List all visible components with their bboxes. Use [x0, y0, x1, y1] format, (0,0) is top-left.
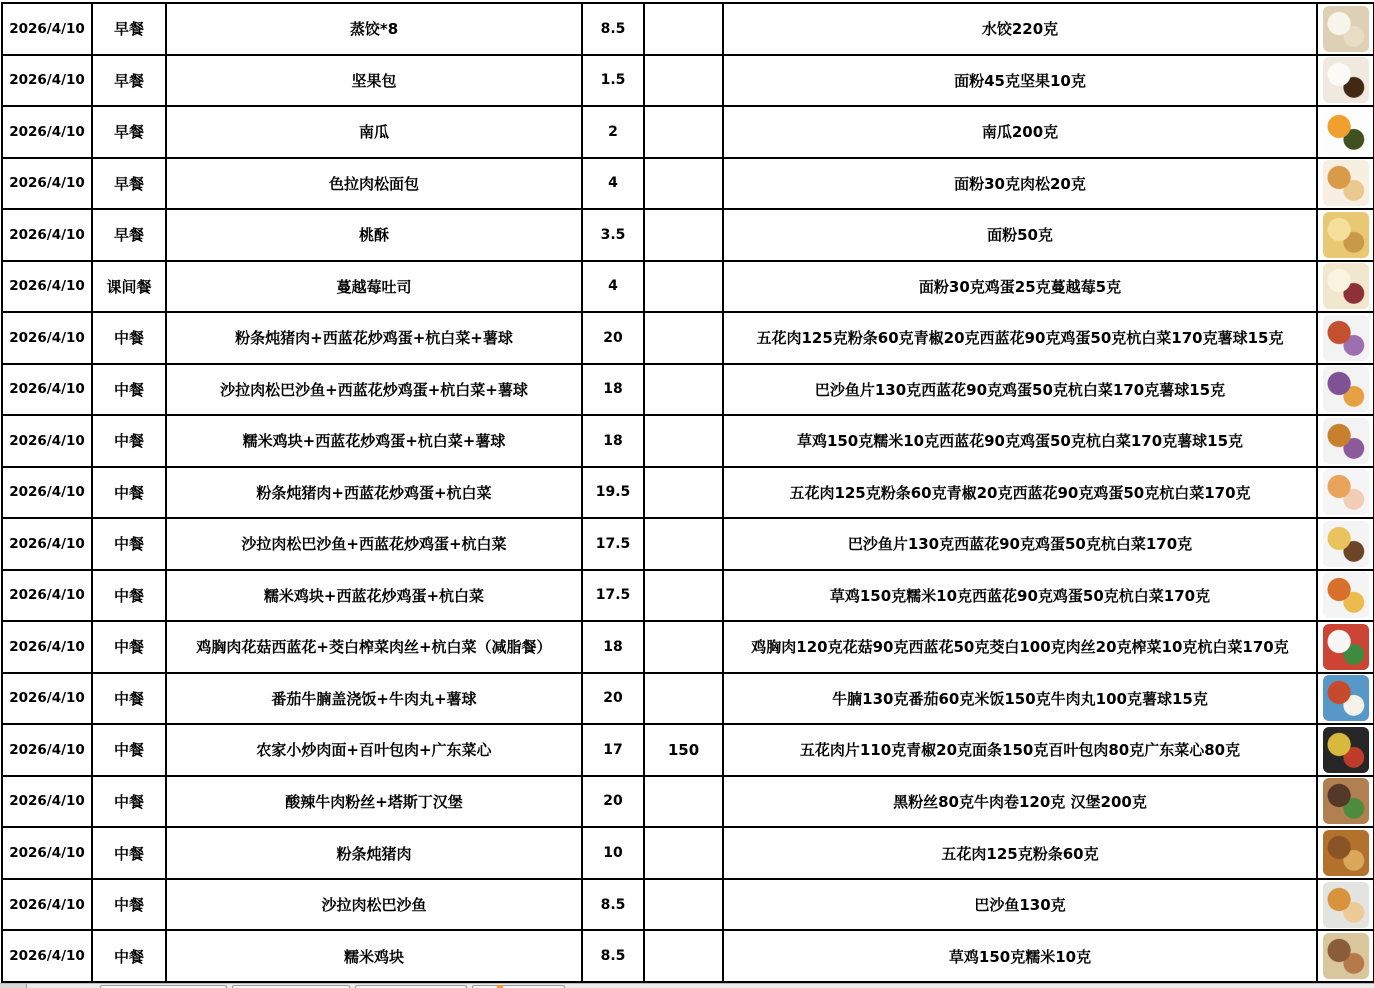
price-cell[interactable]: 17.5 — [582, 518, 644, 570]
table-row: 2026/4/10 中餐 粉条炖猪肉 10 五花肉125克粉条60克 — [2, 827, 1374, 879]
ingredients-cell[interactable]: 面粉30克肉松20克 — [723, 158, 1317, 210]
meal-type-cell[interactable]: 中餐 — [92, 312, 166, 364]
dish-name-cell[interactable]: 南瓜 — [166, 106, 582, 158]
dish-name-cell[interactable]: 粉条炖猪肉+西蓝花炒鸡蛋+杭白菜 — [166, 467, 582, 519]
dish-name-cell[interactable]: 番茄牛腩盖浇饭+牛肉丸+薯球 — [166, 673, 582, 725]
price-cell[interactable]: 20 — [582, 673, 644, 725]
cranberry-toast-photo — [1323, 263, 1369, 309]
photo-cell[interactable] — [1317, 570, 1374, 622]
dish-name-cell[interactable]: 沙拉肉松巴沙鱼+西蓝花炒鸡蛋+杭白菜+薯球 — [166, 364, 582, 416]
sheet-tab-bar[interactable] — [0, 983, 1374, 988]
ingredients-cell[interactable]: 鸡胸肉120克花菇90克西蓝花50克茭白100克肉丝20克榨菜10克杭白菜170… — [723, 621, 1317, 673]
price-cell[interactable]: 19.5 — [582, 467, 644, 519]
photo-cell[interactable] — [1317, 724, 1374, 776]
price-cell[interactable]: 18 — [582, 415, 644, 467]
date-cell[interactable]: 2026/4/10 — [2, 364, 92, 416]
photo-cell[interactable] — [1317, 158, 1374, 210]
meal-type-cell[interactable]: 中餐 — [92, 621, 166, 673]
table-row: 2026/4/10 中餐 酸辣牛肉粉丝+塔斯丁汉堡 20 黑粉丝80克牛肉卷12… — [2, 776, 1374, 828]
ingredients-cell[interactable]: 南瓜200克 — [723, 106, 1317, 158]
ingredients-cell[interactable]: 水饺220克 — [723, 3, 1317, 55]
note-cell[interactable] — [644, 673, 723, 725]
price-cell[interactable]: 1.5 — [582, 55, 644, 107]
note-cell[interactable] — [644, 879, 723, 931]
price-cell[interactable]: 2 — [582, 106, 644, 158]
note-cell[interactable] — [644, 518, 723, 570]
table-row: 2026/4/10 中餐 糯米鸡块+西蓝花炒鸡蛋+杭白菜 17.5 草鸡150克… — [2, 570, 1374, 622]
note-cell[interactable] — [644, 776, 723, 828]
table-row: 2026/4/10 中餐 粉条炖猪肉+西蓝花炒鸡蛋+杭白菜 19.5 五花肉12… — [2, 467, 1374, 519]
photo-cell[interactable] — [1317, 3, 1374, 55]
photo-cell[interactable] — [1317, 209, 1374, 261]
table-row: 2026/4/10 中餐 农家小炒肉面+百叶包肉+广东菜心 17 150 五花肉… — [2, 724, 1374, 776]
table-row: 2026/4/10 早餐 桃酥 3.5 面粉50克 — [2, 209, 1374, 261]
note-cell[interactable] — [644, 55, 723, 107]
ingredients-cell[interactable]: 巴沙鱼片130克西蓝花90克鸡蛋50克杭白菜170克 — [723, 518, 1317, 570]
sticky-rice-chicken-photo — [1323, 933, 1369, 979]
meal-type-cell[interactable]: 中餐 — [92, 415, 166, 467]
photo-cell[interactable] — [1317, 827, 1374, 879]
date-cell[interactable]: 2026/4/10 — [2, 879, 92, 931]
note-cell[interactable] — [644, 364, 723, 416]
table-row: 2026/4/10 中餐 沙拉肉松巴沙鱼+西蓝花炒鸡蛋+杭白菜 17.5 巴沙鱼… — [2, 518, 1374, 570]
dish-name-cell[interactable]: 沙拉肉松巴沙鱼+西蓝花炒鸡蛋+杭白菜 — [166, 518, 582, 570]
dish-name-cell[interactable]: 酸辣牛肉粉丝+塔斯丁汉堡 — [166, 776, 582, 828]
nut-bun-photo — [1323, 57, 1369, 103]
chicken-combo-plate-photo — [1323, 418, 1369, 464]
meal-type-cell[interactable]: 中餐 — [92, 364, 166, 416]
dish-name-cell[interactable]: 糯米鸡块+西蓝花炒鸡蛋+杭白菜+薯球 — [166, 415, 582, 467]
meal-type-cell[interactable]: 早餐 — [92, 209, 166, 261]
dish-name-cell[interactable]: 桃酥 — [166, 209, 582, 261]
date-cell[interactable]: 2026/4/10 — [2, 776, 92, 828]
date-cell[interactable]: 2026/4/10 — [2, 621, 92, 673]
meal-type-cell[interactable]: 中餐 — [92, 776, 166, 828]
beef-vermicelli-bowl-photo — [1323, 778, 1369, 824]
date-cell[interactable]: 2026/4/10 — [2, 467, 92, 519]
dish-name-cell[interactable]: 粉条炖猪肉+西蓝花炒鸡蛋+杭白菜+薯球 — [166, 312, 582, 364]
ingredients-cell[interactable]: 黑粉丝80克牛肉卷120克 汉堡200克 — [723, 776, 1317, 828]
meal-menu-table: 2026/4/10 早餐 蒸饺*8 8.5 水饺220克 2026/4/10 早… — [1, 2, 1374, 983]
date-cell[interactable]: 2026/4/10 — [2, 3, 92, 55]
photo-cell[interactable] — [1317, 673, 1374, 725]
note-cell[interactable] — [644, 621, 723, 673]
photo-cell[interactable] — [1317, 518, 1374, 570]
pork-stew-bowls-photo — [1323, 469, 1369, 515]
table-row: 2026/4/10 中餐 沙拉肉松巴沙鱼 8.5 巴沙鱼130克 — [2, 879, 1374, 931]
dish-name-cell[interactable]: 鸡胸肉花菇西蓝花+茭白榨菜肉丝+杭白菜（减脂餐） — [166, 621, 582, 673]
price-cell[interactable]: 17.5 — [582, 570, 644, 622]
baked-basa-fish-photo — [1323, 882, 1369, 928]
meal-type-cell[interactable]: 中餐 — [92, 724, 166, 776]
note-cell[interactable] — [644, 158, 723, 210]
note-cell[interactable] — [644, 312, 723, 364]
note-cell[interactable] — [644, 570, 723, 622]
date-cell[interactable]: 2026/4/10 — [2, 415, 92, 467]
table-row: 2026/4/10 早餐 色拉肉松面包 4 面粉30克肉松20克 — [2, 158, 1374, 210]
ingredients-cell[interactable]: 五花肉125克粉条60克青椒20克西蓝花90克鸡蛋50克杭白菜170克 — [723, 467, 1317, 519]
date-cell[interactable]: 2026/4/10 — [2, 158, 92, 210]
meal-type-cell[interactable]: 中餐 — [92, 879, 166, 931]
price-cell[interactable]: 17 — [582, 724, 644, 776]
ingredients-cell[interactable]: 五花肉125克粉条60克 — [723, 827, 1317, 879]
table-row: 2026/4/10 早餐 南瓜 2 南瓜200克 — [2, 106, 1374, 158]
date-cell[interactable]: 2026/4/10 — [2, 209, 92, 261]
photo-cell[interactable] — [1317, 776, 1374, 828]
price-cell[interactable]: 8.5 — [582, 3, 644, 55]
table-row: 2026/4/10 早餐 坚果包 1.5 面粉45克坚果10克 — [2, 55, 1374, 107]
note-cell[interactable] — [644, 827, 723, 879]
dish-name-cell[interactable]: 坚果包 — [166, 55, 582, 107]
photo-cell[interactable] — [1317, 55, 1374, 107]
ingredients-cell[interactable]: 草鸡150克糯米10克西蓝花90克鸡蛋50克杭白菜170克 — [723, 570, 1317, 622]
price-cell[interactable]: 8.5 — [582, 879, 644, 931]
chicken-combo-bowls-photo — [1323, 572, 1369, 618]
note-cell[interactable] — [644, 3, 723, 55]
date-cell[interactable]: 2026/4/10 — [2, 518, 92, 570]
ingredients-cell[interactable]: 面粉30克鸡蛋25克蔓越莓5克 — [723, 261, 1317, 313]
ingredients-cell[interactable]: 五花肉125克粉条60克青椒20克西蓝花90克鸡蛋50克杭白菜170克薯球15克 — [723, 312, 1317, 364]
table-row: 2026/4/10 课间餐 蔓越莓吐司 4 面粉30克鸡蛋25克蔓越莓5克 — [2, 261, 1374, 313]
price-cell[interactable]: 4 — [582, 261, 644, 313]
diet-meal-tray-photo — [1323, 624, 1369, 670]
date-cell[interactable]: 2026/4/10 — [2, 312, 92, 364]
dish-name-cell[interactable]: 粉条炖猪肉 — [166, 827, 582, 879]
dish-name-cell[interactable]: 糯米鸡块+西蓝花炒鸡蛋+杭白菜 — [166, 570, 582, 622]
ingredients-cell[interactable]: 面粉50克 — [723, 209, 1317, 261]
ingredients-cell[interactable]: 面粉45克坚果10克 — [723, 55, 1317, 107]
dish-name-cell[interactable]: 农家小炒肉面+百叶包肉+广东菜心 — [166, 724, 582, 776]
price-cell[interactable]: 4 — [582, 158, 644, 210]
stir-fried-noodles-box-photo — [1323, 727, 1369, 773]
date-cell[interactable]: 2026/4/10 — [2, 673, 92, 725]
meal-type-cell[interactable]: 中餐 — [92, 827, 166, 879]
table-row: 2026/4/10 中餐 番茄牛腩盖浇饭+牛肉丸+薯球 20 牛腩130克番茄6… — [2, 673, 1374, 725]
meal-type-cell[interactable]: 早餐 — [92, 3, 166, 55]
ingredients-cell[interactable]: 草鸡150克糯米10克西蓝花90克鸡蛋50克杭白菜170克薯球15克 — [723, 415, 1317, 467]
price-cell[interactable]: 8.5 — [582, 930, 644, 982]
table-row: 2026/4/10 早餐 蒸饺*8 8.5 水饺220克 — [2, 3, 1374, 55]
price-cell[interactable]: 20 — [582, 312, 644, 364]
ingredients-cell[interactable]: 巴沙鱼130克 — [723, 879, 1317, 931]
photo-cell[interactable] — [1317, 261, 1374, 313]
pork-combo-bowls-photo — [1323, 315, 1369, 361]
note-cell[interactable] — [644, 467, 723, 519]
peach-crisp-cookies-photo — [1323, 212, 1369, 258]
meal-type-cell[interactable]: 中餐 — [92, 673, 166, 725]
meal-type-cell[interactable]: 中餐 — [92, 518, 166, 570]
note-cell[interactable] — [644, 209, 723, 261]
price-cell[interactable]: 20 — [582, 776, 644, 828]
photo-cell[interactable] — [1317, 364, 1374, 416]
table-row: 2026/4/10 中餐 沙拉肉松巴沙鱼+西蓝花炒鸡蛋+杭白菜+薯球 18 巴沙… — [2, 364, 1374, 416]
dish-name-cell[interactable]: 蒸饺*8 — [166, 3, 582, 55]
meal-type-cell[interactable]: 早餐 — [92, 106, 166, 158]
meal-type-cell[interactable]: 中餐 — [92, 570, 166, 622]
price-cell[interactable]: 3.5 — [582, 209, 644, 261]
price-cell[interactable]: 10 — [582, 827, 644, 879]
dish-name-cell[interactable]: 色拉肉松面包 — [166, 158, 582, 210]
table-row: 2026/4/10 中餐 糯米鸡块+西蓝花炒鸡蛋+杭白菜+薯球 18 草鸡150… — [2, 415, 1374, 467]
meal-type-cell[interactable]: 中餐 — [92, 930, 166, 982]
note-cell[interactable] — [644, 261, 723, 313]
note-cell[interactable] — [644, 930, 723, 982]
fish-combo-bowls-photo — [1323, 521, 1369, 567]
braised-pork-vermicelli-photo — [1323, 830, 1369, 876]
ingredients-cell[interactable]: 牛腩130克番茄60克米饭150克牛肉丸100克薯球15克 — [723, 673, 1317, 725]
photo-cell[interactable] — [1317, 879, 1374, 931]
price-cell[interactable]: 18 — [582, 364, 644, 416]
table-row: 2026/4/10 中餐 糯米鸡块 8.5 草鸡150克糯米10克 — [2, 930, 1374, 982]
date-cell[interactable]: 2026/4/10 — [2, 106, 92, 158]
meal-type-cell[interactable]: 早餐 — [92, 158, 166, 210]
date-cell[interactable]: 2026/4/10 — [2, 930, 92, 982]
note-cell[interactable] — [644, 415, 723, 467]
photo-cell[interactable] — [1317, 415, 1374, 467]
steamed-dumplings-photo — [1323, 6, 1369, 52]
fish-combo-plate-photo — [1323, 366, 1369, 412]
dish-name-cell[interactable]: 糯米鸡块 — [166, 930, 582, 982]
photo-cell[interactable] — [1317, 467, 1374, 519]
table-row: 2026/4/10 中餐 粉条炖猪肉+西蓝花炒鸡蛋+杭白菜+薯球 20 五花肉1… — [2, 312, 1374, 364]
date-cell[interactable]: 2026/4/10 — [2, 827, 92, 879]
photo-cell[interactable] — [1317, 621, 1374, 673]
photo-cell[interactable] — [1317, 312, 1374, 364]
date-cell[interactable]: 2026/4/10 — [2, 570, 92, 622]
photo-cell[interactable] — [1317, 930, 1374, 982]
sheet-nav-buttons[interactable] — [0, 984, 27, 988]
date-cell[interactable]: 2026/4/10 — [2, 724, 92, 776]
table-row: 2026/4/10 中餐 鸡胸肉花菇西蓝花+茭白榨菜肉丝+杭白菜（减脂餐） 18… — [2, 621, 1374, 673]
date-cell[interactable]: 2026/4/10 — [2, 55, 92, 107]
pork-floss-bread-photo — [1323, 160, 1369, 206]
price-cell[interactable]: 18 — [582, 621, 644, 673]
meal-type-cell[interactable]: 中餐 — [92, 467, 166, 519]
photo-cell[interactable] — [1317, 106, 1374, 158]
note-cell[interactable]: 150 — [644, 724, 723, 776]
meal-type-cell[interactable]: 课间餐 — [92, 261, 166, 313]
note-cell[interactable] — [644, 106, 723, 158]
ingredients-cell[interactable]: 草鸡150克糯米10克 — [723, 930, 1317, 982]
dish-name-cell[interactable]: 沙拉肉松巴沙鱼 — [166, 879, 582, 931]
dish-name-cell[interactable]: 蔓越莓吐司 — [166, 261, 582, 313]
ingredients-cell[interactable]: 巴沙鱼片130克西蓝花90克鸡蛋50克杭白菜170克薯球15克 — [723, 364, 1317, 416]
pumpkin-photo — [1323, 109, 1369, 155]
meal-type-cell[interactable]: 早餐 — [92, 55, 166, 107]
ingredients-cell[interactable]: 五花肉片110克青椒20克面条150克百叶包肉80克广东菜心80克 — [723, 724, 1317, 776]
date-cell[interactable]: 2026/4/10 — [2, 261, 92, 313]
tomato-beef-rice-photo — [1323, 675, 1369, 721]
